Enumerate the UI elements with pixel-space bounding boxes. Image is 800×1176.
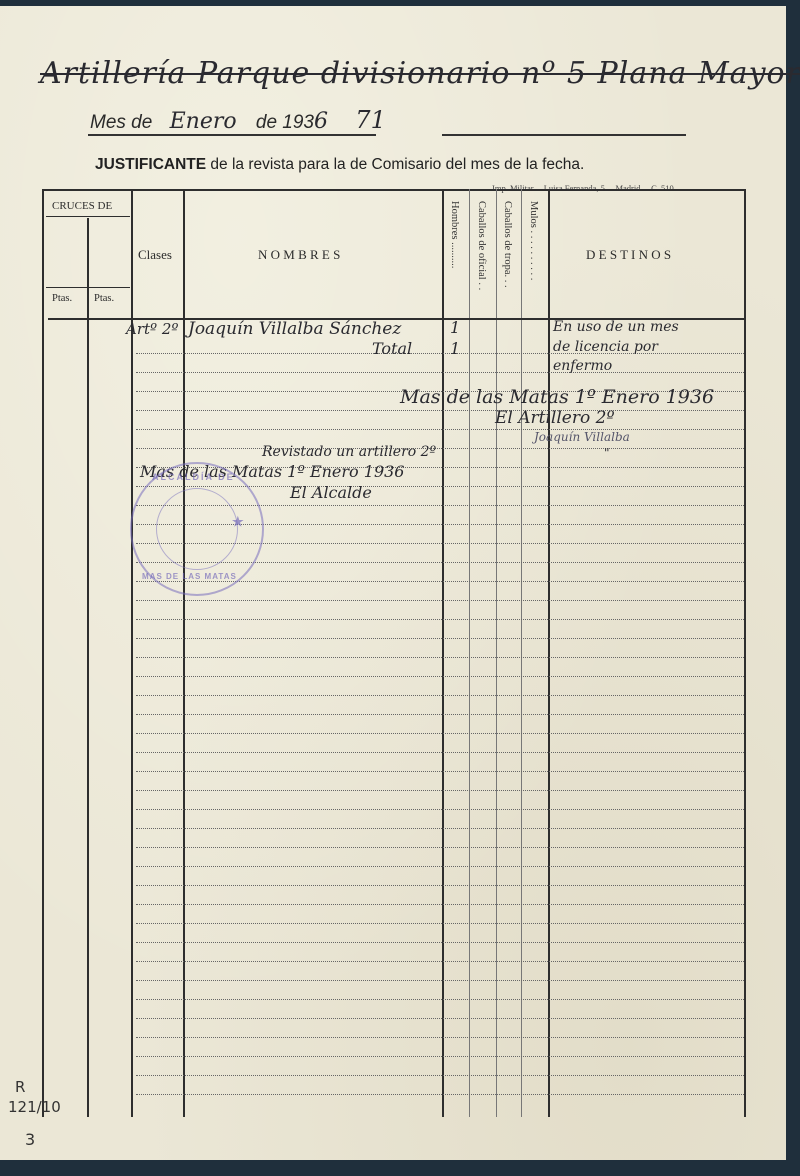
stamp-inner-ring (156, 488, 238, 570)
entry-nombre: Joaquín Villalba Sánchez (188, 319, 401, 339)
header-nombres: N O M B R E S (258, 247, 340, 263)
printer-imprint: Imp. Militar.—Luisa Fernanda, 5.—Madrid.… (492, 183, 676, 193)
table-left-border (42, 189, 44, 1117)
revista-line: Revistado un artillero 2º (262, 444, 436, 460)
cruces-underline (46, 216, 130, 217)
blank-underline (442, 134, 686, 136)
col-divider-cab-tropa (496, 189, 497, 1117)
ptas-topline (46, 287, 130, 288)
month-line: Mes de Enero de 1936 71 (90, 106, 386, 134)
stamp-text-bottom: MAS DE LAS MATAS (142, 572, 237, 581)
stamp-text-top: ALCALDÍA DE (152, 472, 235, 482)
entry-total-value: 1 (450, 339, 460, 358)
month-prefix: Mes de (90, 112, 152, 133)
title-rest: de la revista para la de Comisario del m… (206, 156, 584, 173)
col-divider-nombres (183, 189, 185, 1117)
document-title: JUSTIFICANTE de la revista para la de Co… (95, 156, 584, 174)
header-mulos: Mulos . . . . . . . . . . (528, 201, 539, 280)
header-ptas-2: Ptas. (94, 293, 114, 304)
entry-destino-line-1: En uso de un mes (553, 319, 679, 335)
stamp-star-icon: ★ (232, 514, 246, 530)
col-divider-cab-oficial (469, 189, 470, 1117)
margin-note-3: 3 (25, 1130, 35, 1149)
header-cruces-de: CRUCES DE (52, 200, 112, 212)
number-note: 71 (355, 106, 386, 134)
entry-hombres: 1 (450, 318, 460, 337)
header-ptas-1: Ptas. (52, 293, 72, 304)
document-page: Artillería Parque divisionario nº 5 Plan… (0, 6, 786, 1160)
mayor-title: El Alcalde (290, 483, 372, 502)
margin-note-2: 121/10 (8, 1098, 61, 1116)
year-digit: 6 (314, 109, 328, 134)
header-caballos-tropa: Caballos de tropa. . . (502, 201, 513, 288)
entry-destino-line-3: enfermo (553, 358, 612, 374)
signature-mark: " (604, 446, 610, 460)
table-right-border (744, 189, 746, 1117)
table-top-border (42, 189, 746, 191)
handwritten-unit-header: Artillería Parque divisionario nº 5 Plan… (40, 56, 800, 91)
col-divider-hombres (442, 189, 444, 1117)
signature: Joaquín Villalba (534, 430, 630, 444)
entry-clase: Artº 2º (126, 320, 178, 338)
margin-note-1: R (15, 1078, 25, 1096)
month-underline (88, 134, 376, 136)
header-clases: Clases (138, 247, 172, 263)
place-date: Mas de las Matas 1º Enero 1936 (400, 386, 714, 408)
col-divider-mulos (521, 189, 522, 1117)
year-prefix: de 193 (256, 112, 314, 133)
municipal-stamp: ALCALDÍA DE MAS DE LAS MATAS ★ (130, 462, 264, 596)
entry-total-label: Total (372, 339, 412, 358)
col-divider-destinos (548, 189, 550, 1117)
signer-title: El Artillero 2º (495, 408, 614, 428)
header-hombres: Hombres .......... (449, 201, 460, 268)
month-value: Enero (170, 109, 237, 134)
header-caballos-oficial: Caballos de oficial . . (476, 201, 487, 290)
entry-destino-line-2: de licencia por (553, 339, 658, 355)
title-bold: JUSTIFICANTE (95, 156, 206, 173)
col-divider-ptas (87, 218, 89, 1117)
header-destinos: D E S T I N O S (586, 247, 671, 263)
